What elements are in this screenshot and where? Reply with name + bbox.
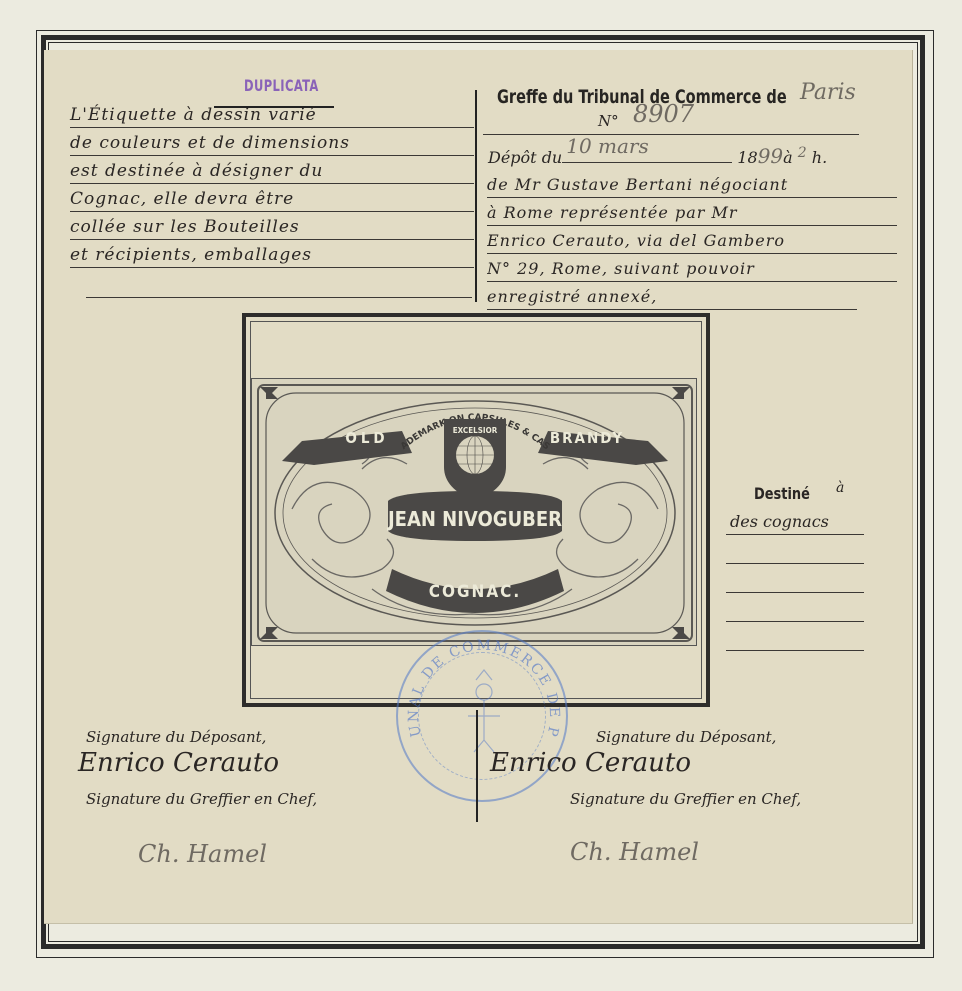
svg-text:EXCELSIOR: EXCELSIOR — [453, 426, 498, 435]
description-line: L'Étiquette à dessin varié — [70, 100, 474, 128]
depositor-signature-left: Enrico Cerauto — [78, 748, 279, 778]
registration-number-row: N° 8907 — [483, 118, 859, 135]
svg-text:COGNAC.: COGNAC. — [429, 582, 521, 602]
description-blank-line — [86, 297, 472, 298]
destination-line: des cognacs — [726, 510, 864, 535]
hour-unit: h. — [812, 148, 827, 167]
depositor-details: de Mr Gustave Bertani négociant à Rome r… — [487, 170, 897, 310]
description-line: Cognac, elle devra être — [70, 184, 474, 212]
destination-lines: des cognacs — [726, 510, 864, 655]
deposit-date-row: Dépôt du10 mars 1899à 2 h. — [488, 144, 827, 168]
depositor-signature-label-right: Signature du Déposant, — [596, 728, 776, 746]
registration-number: 8907 — [633, 100, 694, 128]
registry-city: Paris — [800, 80, 856, 105]
destination-line — [726, 539, 864, 564]
depositor-line: enregistré annexé, — [487, 282, 857, 310]
clerk-signature-label-right: Signature du Greffier en Chef, — [570, 790, 801, 808]
label-description: L'Étiquette à dessin varié de couleurs e… — [70, 100, 474, 268]
depositor-line: Enrico Cerauto, via del Gambero — [487, 226, 897, 254]
depositor-line: N° 29, Rome, suivant pouvoir — [487, 254, 897, 282]
clerk-signature-left: Ch. Hamel — [138, 840, 267, 868]
duplicata-stamp: DUPLICATA — [244, 76, 319, 95]
deposit-date: 10 mars — [566, 134, 649, 158]
at-label: à — [783, 148, 793, 167]
description-line: collée sur les Bouteilles — [70, 212, 474, 240]
svg-text:OLD: OLD — [345, 429, 388, 447]
clerk-signature-right: Ch. Hamel — [570, 838, 699, 866]
description-line: est destinée à désigner du — [70, 156, 474, 184]
depositor-line: de Mr Gustave Bertani négociant — [487, 170, 897, 198]
svg-text:JEAN NIVOGUBER: JEAN NIVOGUBER — [387, 507, 562, 531]
deposit-label: Dépôt du — [488, 148, 562, 167]
destination-line — [726, 626, 864, 651]
deposit-hour: 2 — [798, 145, 807, 161]
year-prefix: 18 — [737, 148, 757, 167]
depositor-signature-label-left: Signature du Déposant, — [86, 728, 266, 746]
depositor-line: à Rome représentée par Mr — [487, 198, 897, 226]
description-line: de couleurs et de dimensions — [70, 128, 474, 156]
destination-value: des cognacs — [730, 512, 829, 531]
column-divider — [475, 90, 477, 302]
cognac-label-image: OLD BRANDY TRADEMARK ON CAPSULES & CASES… — [251, 378, 697, 646]
destination-suffix: à — [836, 480, 844, 496]
number-label: N° — [595, 112, 622, 130]
document-page: DUPLICATA L'Étiquette à dessin varié de … — [0, 0, 962, 991]
description-line: et récipients, emballages — [70, 240, 474, 268]
destination-label: Destiné — [754, 484, 810, 503]
destination-line — [726, 568, 864, 593]
signature-divider — [476, 710, 478, 822]
clerk-signature-label-left: Signature du Greffier en Chef, — [86, 790, 317, 808]
svg-text:BRANDY: BRANDY — [550, 429, 624, 447]
depositor-signature-right: Enrico Cerauto — [490, 748, 691, 778]
year-suffix: 99 — [758, 144, 783, 168]
destination-line — [726, 597, 864, 622]
